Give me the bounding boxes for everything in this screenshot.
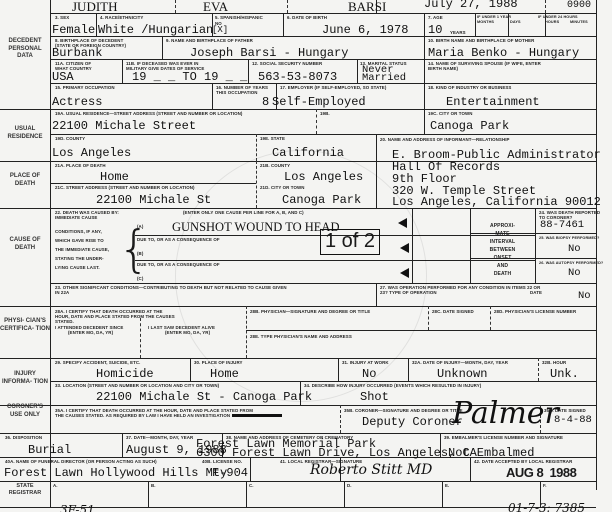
injury-location-value: 22100 Michale St - Canoga Park	[96, 391, 312, 404]
conditions-line-1: CONDITIONS, IF ANY,	[55, 229, 102, 234]
arrow-a-icon	[398, 218, 407, 228]
coroner-date-label: 35C. DATE SIGNED	[544, 408, 586, 413]
redaction-mark	[232, 414, 282, 417]
registrar-box-f: F.	[543, 483, 547, 488]
residence-street-value: 22100 Michale Street	[52, 120, 196, 133]
biopsy-label: 25. WAS BIOPSY PERFORMED?	[539, 236, 599, 241]
physician-date-label: 28C. DATE SIGNED	[432, 309, 474, 314]
birthplace-value: Burbank	[52, 47, 102, 60]
cause-b-label: (B)	[137, 251, 143, 256]
mother-label: 10. BIRTH NAME AND BIRTHPLACE OF MOTHER	[428, 38, 534, 43]
autopsy-label: 26. WAS AUTOPSY PERFORMED?	[539, 261, 603, 266]
residence-county-value: Los Angeles	[52, 147, 131, 160]
biopsy-value: No	[568, 244, 581, 255]
at-work-label: 31. INJURY AT WORK	[342, 360, 389, 365]
age-label: 7. AGE	[428, 15, 443, 20]
section-cause: CAUSE OF DEATH	[0, 237, 50, 252]
arrow-b-icon	[400, 243, 409, 253]
conditions-line-5: LYING CAUSE LAST.	[55, 265, 100, 270]
injury-how-value: Shot	[360, 391, 389, 404]
under-24-hours-hours: HOURS	[545, 20, 559, 25]
marital-value-line2: Married	[362, 73, 406, 84]
registrar-box-c: C.	[249, 483, 254, 488]
race-label: 4. RACE/ETHNICITY	[100, 15, 143, 20]
disposition-value: Burial	[28, 444, 71, 457]
father-label: 9. NAME AND BIRTHPLACE OF FATHER	[166, 38, 253, 43]
coroner-sig-value: Deputy Coroner	[362, 416, 463, 429]
physician-cert-label: 28A. I CERTIFY THAT DEATH OCCURRED AT TH…	[55, 309, 175, 324]
ssn-label: 12. SOCIAL SECURITY NUMBER	[252, 61, 322, 66]
section-personal: DECEDENT PERSONAL DATA	[0, 38, 50, 61]
registrar-box-d: D.	[347, 483, 352, 488]
date-of-death: July 27, 1988	[424, 0, 518, 11]
injury-how-label: 34. DESCRIBE HOW INJURY OCCURRED (EVENTS…	[304, 383, 481, 388]
injury-location-label: 33. LOCATION (STREET AND NUMBER OR LOCAT…	[55, 383, 219, 388]
coroner-signature: Palmer	[452, 396, 559, 431]
due-to-2: DUE TO, OR AS A CONSEQUENCE OF	[137, 262, 220, 267]
first-name: JUDITH	[72, 0, 118, 13]
death-county-label: 21B. COUNTY	[260, 163, 290, 168]
under-1-year-days: DAYS	[510, 20, 521, 25]
autopsy-value: No	[568, 268, 581, 279]
residence-county-label: 19D. COUNTY	[55, 136, 85, 141]
cause-a-label: (A)	[137, 224, 143, 229]
occupation-label: 15. PRIMARY OCCUPATION	[55, 85, 115, 90]
under-24-hours-minutes: MINUTES	[570, 20, 588, 25]
death-street-label: 21C. STREET ADDRESS (STREET AND NUMBER O…	[55, 185, 195, 190]
sex-value: Female	[52, 24, 95, 37]
physician-license-label: 28D. PHYSICIAN'S LICENSE NUMBER	[494, 309, 576, 314]
page-indicator: 1 of 2	[320, 229, 380, 255]
mother-value: Maria Benko - Hungary	[428, 47, 579, 60]
residence-city-label: 19C. CITY OR TOWN	[428, 111, 472, 116]
employer-value: Self-Employed	[272, 96, 366, 109]
conditions-line-2: WHICH GAVE RISE TO	[55, 238, 104, 243]
race-value: White /Hungarian	[98, 24, 213, 37]
employer-label: 17. EMPLOYER (IF SELF-EMPLOYED, SO STATE…	[280, 85, 386, 90]
conditions-line-4: STATING THE UNDER-	[55, 256, 104, 261]
death-city-label: 21D. CITY OR TOWN	[260, 185, 304, 190]
operation-label: 27. WAS OPERATION PERFORMED FOR ANY COND…	[380, 285, 540, 295]
place-of-death-value: Home	[100, 171, 129, 184]
section-physician: PHYSI- CIAN'S CERTIFICA- TION	[0, 318, 50, 333]
residence-street-label: 19A. USUAL RESIDENCE—STREET ADDRESS (STR…	[55, 111, 242, 116]
due-to-1: DUE TO, OR AS A CONSEQUENCE OF	[137, 237, 220, 242]
injury-hour-label: 32B. HOUR	[542, 360, 566, 365]
physician-name-label: 28E. TYPE PHYSICIAN'S NAME AND ADDRESS	[250, 334, 352, 339]
informant-label: 20. NAME AND ADDRESS OF INFORMANT—RELATI…	[380, 137, 510, 142]
physician-sig-label: 28B. PHYSICIAN—SIGNATURE AND DEGREE OR T…	[250, 309, 370, 314]
injury-hour-value: Unk.	[550, 368, 579, 381]
section-place-of-death: PLACE OF DEATH	[0, 173, 50, 188]
hour-of-death: 0900	[567, 0, 591, 12]
residence-state-value: California	[272, 147, 344, 160]
middle-name: EVA	[203, 0, 228, 13]
residence-city-value: Canoga Park	[430, 120, 509, 133]
registrar-box-e: E.	[445, 483, 449, 488]
other-conditions-label: 23. OTHER SIGNIFICANT CONDITIONS—CONTRIB…	[55, 285, 287, 295]
coroner-sig-label: 35B. CORONER—SIGNATURE AND DEGREE OR TIT…	[344, 408, 463, 413]
operation-value: No	[578, 291, 591, 302]
spanish-checkbox[interactable]: [X]	[212, 25, 228, 36]
father-value: Joseph Barsi - Hungary	[190, 47, 348, 60]
residence-state-label: 19E. STATE	[260, 136, 285, 141]
place-of-injury-label: 30. PLACE OF INJURY	[194, 360, 243, 365]
date-accepted-label: 42. DATE ACCEPTED BY LOCAL REGISTRAR	[474, 459, 572, 464]
funeral-director-label: 40A. NAME OF FUNERAL DIRECTOR (OR PERSON…	[5, 459, 157, 464]
industry-label: 18. KIND OF INDUSTRY OR BUSINESS	[428, 85, 511, 90]
ssn-value: 563-53-8073	[258, 71, 337, 84]
section-state-registrar: STATE REGISTRAR	[0, 483, 50, 496]
last-name: BARSI	[348, 0, 386, 13]
coroner-cert-label: 35A. I CERTIFY THAT DEATH OCCURRED AT TH…	[55, 408, 253, 418]
immediate-cause-label: IMMEDIATE CAUSE	[55, 215, 97, 220]
footer-left-handwriting: 3F-51	[60, 503, 95, 512]
death-city-value: Canoga Park	[282, 194, 361, 207]
disposition-label: 36. DISPOSITION	[5, 435, 42, 440]
arrow-c-icon	[400, 268, 409, 278]
spanish-label: 5. SPANISH/HISPANIC	[215, 15, 263, 20]
death-county-value: Los Angeles	[284, 171, 363, 184]
years-occupation-label: 16. NUMBER OF YEARSTHIS OCCUPATION	[216, 85, 268, 95]
place-of-injury-value: Home	[210, 368, 239, 381]
citizen-value: USA	[52, 71, 74, 84]
under-1-year-months: MONTHS	[477, 20, 494, 25]
last-saw-enter: (ENTER MO, DA, YR)	[165, 330, 210, 335]
license-no-value: F-904	[212, 467, 248, 480]
license-no-label: 40B. LICENSE NO.	[202, 459, 242, 464]
at-work-value: No	[362, 368, 376, 381]
years-occupation-value: 8	[262, 96, 269, 109]
dob-label: 6. DATE OF BIRTH	[287, 15, 327, 20]
interval-label: APPROXI-MATEINTERVALBETWEENONSETANDDEATH	[470, 222, 535, 278]
section-coroner: CORONER'S USE ONLY	[0, 404, 50, 419]
embalmer-label: 39. EMBALMER'S LICENSE NUMBER AND SIGNAT…	[444, 435, 563, 440]
cause-c-label: (C)	[137, 276, 143, 281]
date-accepted-stamp: AUG 8 1988	[506, 465, 576, 480]
registrar-box-a: A.	[53, 483, 58, 488]
operation-date-label: DATE	[530, 290, 542, 295]
registrar-box-b: B.	[151, 483, 156, 488]
injury-date-value: Unknown	[437, 368, 487, 381]
injury-date-label: 32A. DATE OF INJURY—MONTH, DAY, YEAR	[412, 360, 508, 365]
manner-value: Homicide	[96, 368, 154, 381]
local-registrar-signature: Roberto Stitt MD	[310, 462, 432, 478]
spouse-label: 14. NAME OF SURVIVING SPOUSE (IF WIFE, E…	[428, 61, 541, 71]
cause-instruction: (ENTER ONLY ONE CAUSE PER LINE FOR A, B,…	[183, 210, 304, 215]
military-value: 19 _ _ TO 19 _ _	[132, 71, 247, 84]
manner-label: 29. SPECIFY ACCIDENT, SUICIDE, ETC.	[55, 360, 140, 365]
funeral-director-value: Forest Lawn Hollywood Hills Mty	[4, 467, 227, 480]
age-unit: YEARS	[450, 30, 466, 35]
occupation-value: Actress	[52, 96, 102, 109]
coroner-reported-value: 88-7461	[540, 220, 584, 231]
brace: {	[118, 221, 150, 277]
place-of-death-label: 21A. PLACE OF DEATH	[55, 163, 106, 168]
coroner-date-value: 8-4-88	[554, 415, 592, 426]
age-value: 10	[428, 24, 442, 37]
informant-line-5: Los Angeles, California 90012	[392, 196, 601, 209]
residence-19b-label: 19B.	[320, 111, 330, 116]
cause-a-value: GUNSHOT WOUND TO HEAD	[172, 221, 339, 234]
footer-right-handwriting: 01-7-3: 7385	[508, 501, 585, 512]
conditions-line-3: THE IMMEDIATE CAUSE,	[55, 247, 109, 252]
sex-label: 3. SEX	[55, 15, 69, 20]
death-street-value: 22100 Michale St	[96, 194, 211, 207]
section-injury: INJURY INFORMA- TION	[0, 371, 50, 386]
disposition-date-label: 37. DATE—MONTH, DAY, YEAR	[126, 435, 193, 440]
dob-value: June 6, 1978	[322, 24, 408, 37]
section-residence: USUAL RESIDENCE	[0, 126, 50, 141]
attended-enter: (ENTER MO, DA, YR)	[68, 330, 113, 335]
industry-value: Entertainment	[446, 96, 540, 109]
